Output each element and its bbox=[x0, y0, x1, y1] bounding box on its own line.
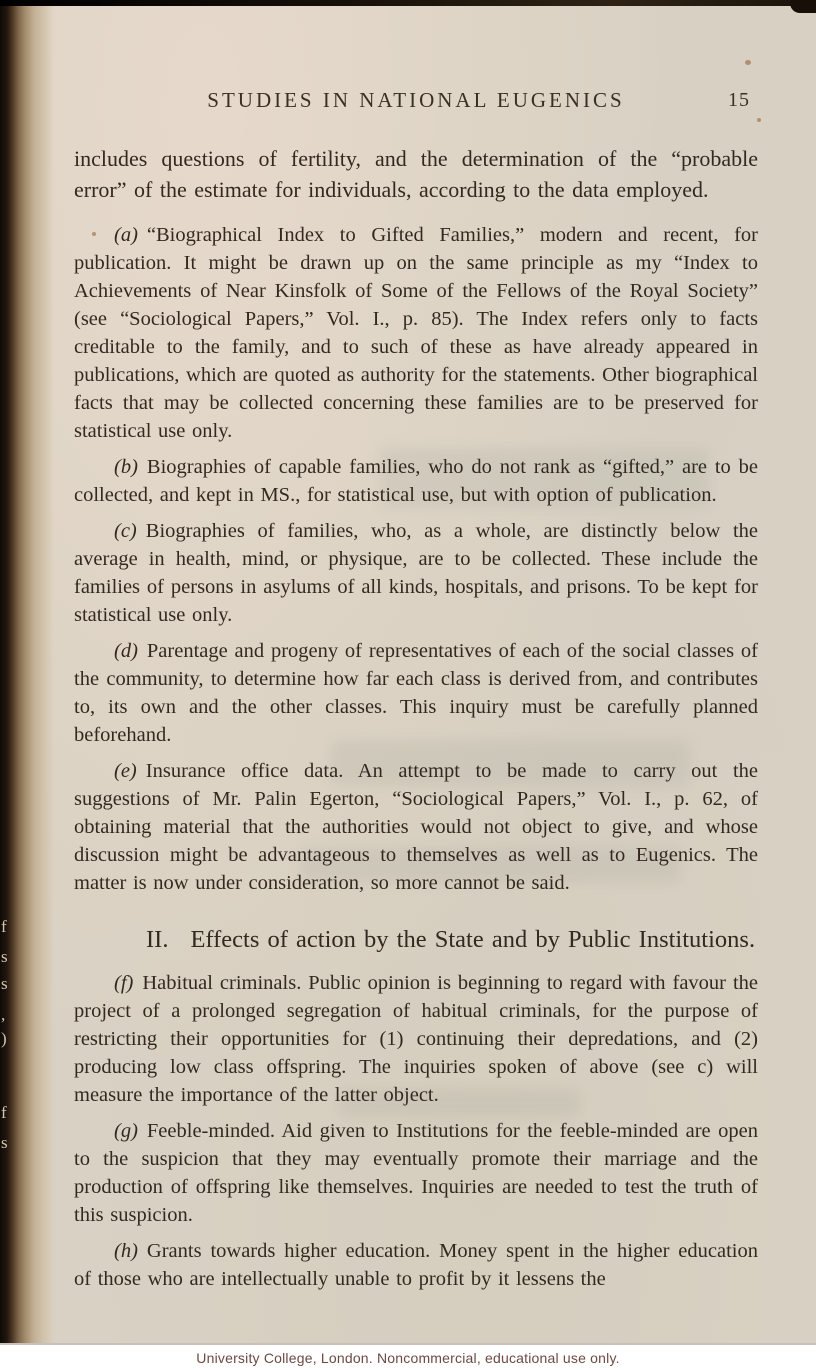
page-text-block: STUDIES IN NATIONAL EUGENICS 15 includes… bbox=[0, 0, 816, 1293]
attribution-text: University College, London. Noncommercia… bbox=[196, 1350, 619, 1366]
paragraph-a: (a)“Biographical Index to Gifted Familie… bbox=[74, 221, 758, 445]
scanned-book-page: f s s , ) f s STUDIES IN NATIONAL EUGENI… bbox=[0, 0, 816, 1370]
page-top-edge bbox=[0, 0, 816, 6]
paragraph-text: Biographies of capable families, who do … bbox=[74, 456, 758, 506]
paragraph-h: (h)Grants towards higher education. Mone… bbox=[74, 1237, 758, 1293]
paragraph-label: (b) bbox=[114, 456, 138, 478]
paragraph-text: Habitual criminals. Public opinion is be… bbox=[74, 972, 758, 1106]
facing-page-text-fragment: f bbox=[1, 1104, 17, 1121]
facing-page-text-fragment: f bbox=[1, 918, 17, 935]
section-heading-text: Effects of action by the State and by Pu… bbox=[190, 926, 755, 953]
paragraph-label: (a) bbox=[114, 224, 138, 246]
paragraph-label: (c) bbox=[114, 520, 137, 542]
attribution-bar: University College, London. Noncommercia… bbox=[0, 1343, 816, 1370]
paragraph-label: (e) bbox=[114, 760, 137, 782]
facing-page-text-fragment: s bbox=[1, 948, 17, 965]
paragraph-c: (c)Biographies of families, who, as a wh… bbox=[74, 517, 758, 629]
section-numeral: II. bbox=[146, 926, 168, 953]
facing-page-text-fragment: s bbox=[1, 975, 17, 992]
paragraph-g: (g)Feeble-minded. Aid given to Instituti… bbox=[74, 1117, 758, 1229]
paragraph-label: (h) bbox=[114, 1240, 138, 1262]
paragraph-text: Grants towards higher education. Money s… bbox=[74, 1240, 758, 1290]
paragraph-text: Feeble-minded. Aid given to Institutions… bbox=[74, 1120, 758, 1226]
paragraph-label: (d) bbox=[114, 640, 138, 662]
section-heading: II.Effects of action by the State and by… bbox=[74, 923, 758, 957]
book-spine-edge: f s s , ) f s bbox=[0, 0, 54, 1345]
facing-page-text-fragment: s bbox=[1, 1134, 17, 1151]
facing-page-text-fragment: ) bbox=[1, 1030, 17, 1047]
running-header: STUDIES IN NATIONAL EUGENICS 15 bbox=[74, 88, 758, 113]
paragraph-text: Parentage and progeny of representatives… bbox=[74, 640, 758, 746]
paragraph-text: Biographies of families, who, as a whole… bbox=[74, 520, 758, 626]
paragraph-d: (d)Parentage and progeny of representati… bbox=[74, 637, 758, 749]
page-number: 15 bbox=[728, 89, 750, 112]
facing-page-text-fragment: , bbox=[1, 1006, 17, 1023]
paragraph-f: (f)Habitual criminals. Public opinion is… bbox=[74, 969, 758, 1109]
running-header-title: STUDIES IN NATIONAL EUGENICS bbox=[207, 88, 624, 112]
paragraph-label: (g) bbox=[114, 1120, 138, 1142]
paragraph-text: Insurance office data. An attempt to be … bbox=[74, 760, 758, 894]
paragraph-text: “Biographical Index to Gifted Families,”… bbox=[74, 224, 758, 442]
paragraph-e: (e)Insurance office data. An attempt to … bbox=[74, 757, 758, 897]
page-top-right-corner-shadow bbox=[790, 0, 816, 13]
intro-paragraph: includes questions of fertility, and the… bbox=[74, 143, 758, 205]
paragraph-b: (b)Biographies of capable families, who … bbox=[74, 453, 758, 509]
paragraph-label: (f) bbox=[114, 972, 133, 994]
